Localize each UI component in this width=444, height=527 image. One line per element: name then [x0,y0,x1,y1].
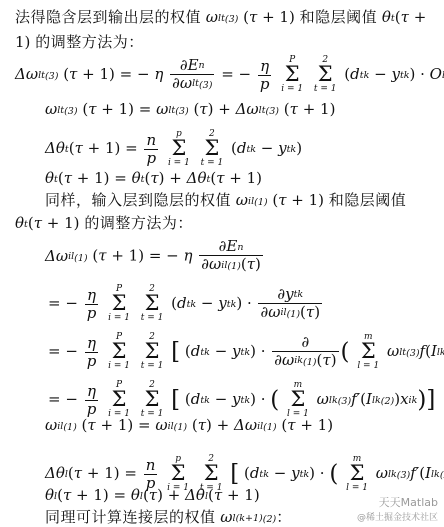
paragraph-1-line-1: 法得隐含层到输出层的权值 ωlt(3) (τ + 1) 和隐层阈值 θt(τ + [15,8,426,29]
watermark: 天天Matlab @稀土掘金技术社区 [357,494,438,523]
equation-omega-1-update: ωil(1) (τ + 1) = ωil(1) (τ) + Δωil(1) (τ… [45,416,333,437]
watermark-brand: 天天Matlab [357,494,438,510]
paragraph-1-line-2: 1) 的调整方法为： [15,33,144,51]
paragraph-2-line-1: 同样，输入层到隐层的权值 ωil(1) (τ + 1) 和隐层阈值 [45,191,406,212]
text: 的调整方法为： [84,214,193,232]
text: 同理可计算连接层的权值 [45,508,216,526]
equation-step-3: = − ηp PΣi = 1 2Σt = 1 [ (dtk − ytk) · (… [48,381,435,419]
math-tau-plus-1: (τ + 1) [243,8,295,26]
equation-delta-theta-t: Δθt(τ + 1) = np pΣi = 1 2Σt = 1 (dtk − y… [45,130,302,168]
equation-theta-t-update: θt(τ + 1) = θt(τ) + Δθt(τ + 1) [45,169,262,187]
paragraph-3: 同理可计算连接层的权值 ωl(k+1)(2)： [45,508,291,527]
watermark-source: @稀土掘金技术社区 [357,510,438,523]
equation-omega-3-update: ωlt(3) (τ + 1) = ωlt(3) (τ) + Δωlt(3) (τ… [45,100,335,121]
text: 法得隐含层到输出层的权值 [15,8,201,26]
paragraph-2-line-2: θt(τ + 1) 的调整方法为： [15,214,193,232]
text: 和隐层阈值 [300,8,378,26]
text: 1) [15,33,30,51]
text: 的调整方法为： [35,33,144,51]
equation-delta-omega-3: Δωlt(3) (τ + 1) = − η ∂En∂ωlt(3) = − ηp … [15,56,444,94]
text: 和隐层阈值 [329,191,407,209]
equation-theta-l-update: θl(τ + 1) = θl(τ) + Δθl(τ + 1) [45,486,260,504]
text: 同样，输入层到隐层的权值 [45,191,231,209]
math-theta-t: θt [382,8,395,26]
math-omega-lt3: ωlt(3) [206,8,239,26]
equation-step-1: = − ηp PΣi = 1 2Σt = 1 (dtk − ytk) · ∂yt… [48,285,324,323]
equation-delta-omega-1: Δωil(1) (τ + 1) = − η ∂En∂ωil(1)(τ) [45,238,265,275]
equation-step-2: = − ηp PΣi = 1 2Σt = 1 [ (dtk − ytk) · ∂… [48,333,444,371]
text: (τ + [395,8,427,26]
